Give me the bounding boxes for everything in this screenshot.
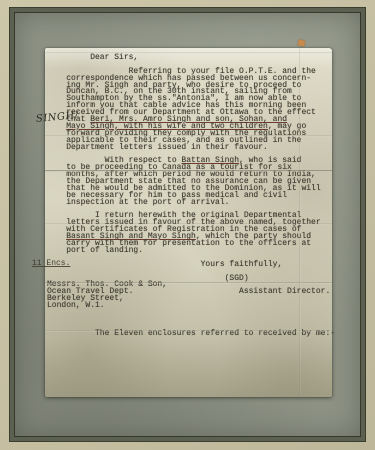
margin-note-encs: 11 Encs.: [32, 259, 70, 268]
letter-line: London, W.1.: [47, 303, 330, 310]
letter-line: inspection at the port of arrival.: [47, 200, 330, 207]
letter-line: Dear Sirs,: [47, 55, 330, 62]
letter-line: The Eleven enclosures referred to receiv…: [47, 331, 330, 338]
letter-line: Department letters issued in their favou…: [47, 145, 330, 152]
letter-body: Dear Sirs, Referring to your file O.P.T.…: [47, 55, 330, 338]
album-page: Dear Sirs, Referring to your file O.P.T.…: [0, 0, 375, 450]
letter-line: [47, 317, 330, 324]
letter-photo: Dear Sirs, Referring to your file O.P.T.…: [45, 48, 332, 397]
letter-line: Yours faithfully,: [47, 262, 330, 269]
letter-line: [47, 310, 330, 317]
tape-remnant: [297, 39, 305, 46]
letter-line: port of landing.: [47, 248, 330, 255]
paper-stain: [45, 337, 332, 397]
